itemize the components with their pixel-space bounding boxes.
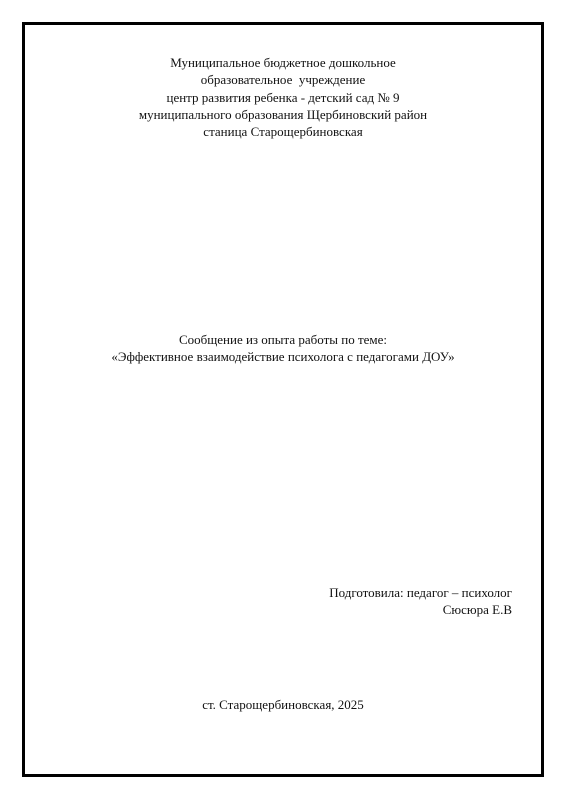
place-year-footer: ст. Старощербиновская, 2025 [0, 696, 566, 713]
title-line: Сообщение из опыта работы по теме: [0, 331, 566, 348]
title-line: «Эффективное взаимодействие психолога с … [0, 348, 566, 365]
footer-text: ст. Старощербиновская, 2025 [0, 696, 566, 713]
header-line: Муниципальное бюджетное дошкольное [0, 54, 566, 71]
author-line: Сюсюра Е.В [329, 601, 512, 618]
institution-header: Муниципальное бюджетное дошкольное образ… [0, 54, 566, 140]
header-line: центр развития ребенка - детский сад № 9 [0, 89, 566, 106]
header-line: муниципального образования Щербиновский … [0, 106, 566, 123]
author-line: Подготовила: педагог – психолог [329, 584, 512, 601]
document-title: Сообщение из опыта работы по теме: «Эффе… [0, 331, 566, 366]
author-block: Подготовила: педагог – психолог Сюсюра Е… [329, 584, 512, 619]
header-line: станица Старощербиновская [0, 123, 566, 140]
header-line: образовательное учреждение [0, 71, 566, 88]
